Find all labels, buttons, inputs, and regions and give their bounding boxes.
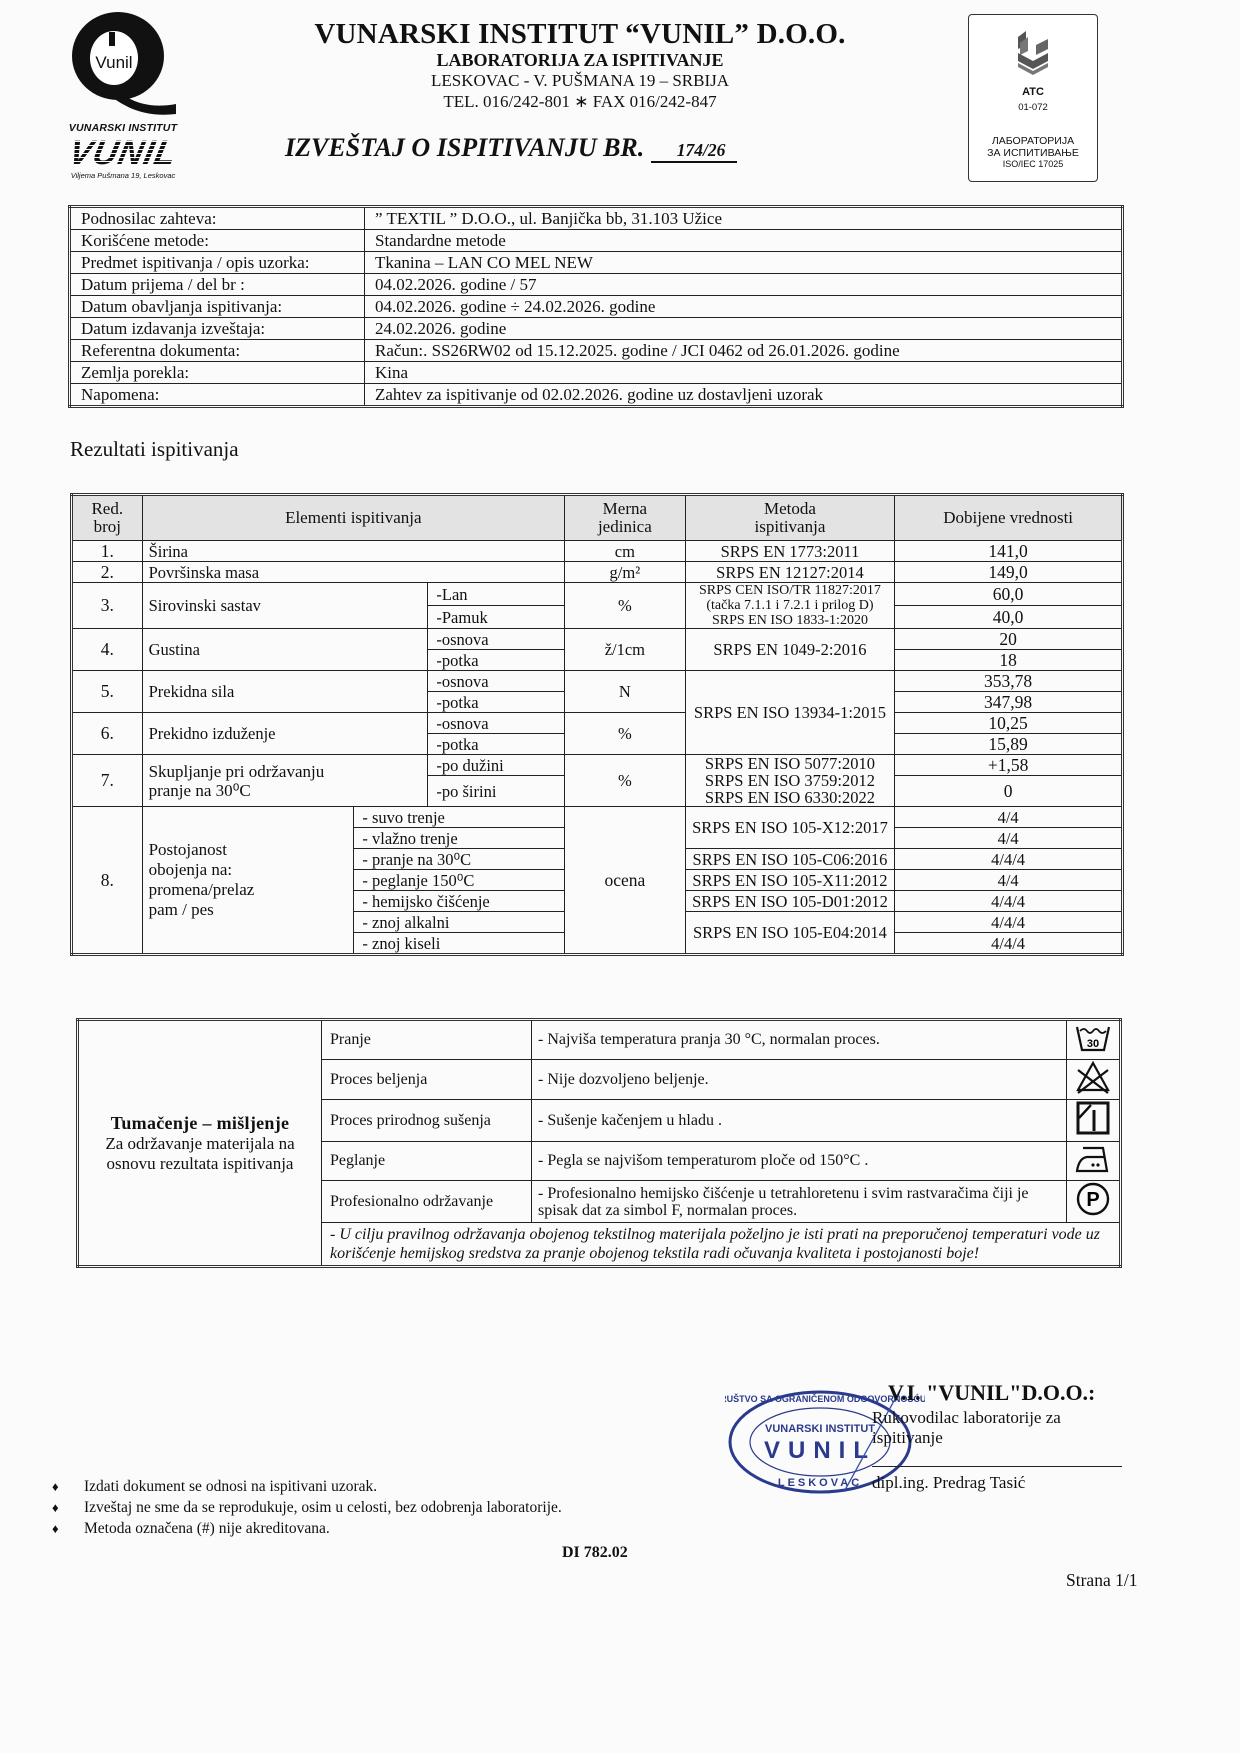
care-instructions-table: Tumačenje – mišljenje Za održavanje mate… (76, 1018, 1122, 1268)
col-header-value: Dobijene vrednosti (895, 495, 1123, 541)
sub-element: - pranje na 30⁰C (354, 849, 565, 870)
footer-note: Metoda označena (#) nije akreditovana. (52, 1518, 562, 1539)
interpretation-text: Za održavanje materijala na osnovu rezul… (105, 1134, 294, 1173)
value: +1,58 (895, 755, 1123, 776)
sub-element: - hemijsko čišćenje (354, 891, 565, 912)
dry-clean-p-icon: P (1067, 1181, 1121, 1223)
sub-element: - peglanje 150⁰C (354, 870, 565, 891)
table-row: 2. Površinska masa g/m² SRPS EN 12127:20… (72, 562, 1123, 583)
method: SRPS EN 1773:2011 (685, 541, 895, 562)
table-row: 3. Sirovinski sastav -Lan % SRPS CEN ISO… (72, 583, 1123, 606)
element-name: Gustina (142, 629, 428, 671)
method: SRPS CEN ISO/TR 11827:2017(tačka 7.1.1 i… (685, 583, 895, 629)
letterhead: VUNARSKI INSTITUT “VUNIL” D.O.O. LABORAT… (300, 18, 860, 112)
info-value: Zahtev za ispitivanje od 02.02.2026. god… (365, 384, 1123, 407)
value: 60,0 (895, 583, 1123, 606)
col-header-method: Metodaispitivanja (685, 495, 895, 541)
info-label: Napomena: (70, 384, 365, 407)
signatory-role: Rukovodilac laboratorije za ispitivanje (872, 1408, 1130, 1448)
signature-line (872, 1466, 1122, 1467)
value: 4/4 (895, 828, 1123, 849)
svg-text:Vunil: Vunil (95, 53, 132, 72)
value: 4/4/4 (895, 891, 1123, 912)
logo-caption: VUNARSKI INSTITUT (58, 122, 188, 134)
unit: ž/1cm (565, 629, 686, 671)
sub-element: - znoj kiseli (354, 933, 565, 955)
value: 18 (895, 650, 1123, 671)
info-value: 24.02.2026. godine (365, 318, 1123, 340)
footer-notes: Izdati dokument se odnosi na ispitivani … (52, 1476, 562, 1539)
sub-element: -po dužini (428, 755, 565, 776)
info-value: 04.02.2026. godine / 57 (365, 274, 1123, 296)
method: SRPS EN ISO 105-C06:2016 (685, 849, 895, 870)
unit: % (565, 713, 686, 755)
element-name: Površinska masa (142, 562, 564, 583)
value: 40,0 (895, 606, 1123, 629)
report-number: 174/26 (651, 140, 738, 163)
info-value: Standardne metode (365, 230, 1123, 252)
unit: g/m² (565, 562, 686, 583)
info-value: Kina (365, 362, 1123, 384)
info-label: Datum izdavanja izveštaja: (70, 318, 365, 340)
care-label: Profesionalno održavanje (322, 1181, 532, 1223)
element-name: Širina (142, 541, 564, 562)
care-label: Proces beljenja (322, 1060, 532, 1100)
accreditation-badge: ATC 01-072 ЛАБОРАТОРИЈА ЗА ИСПИТИВАЊЕ IS… (968, 14, 1098, 182)
method: SRPS EN 1049-2:2016 (685, 629, 895, 671)
page-number: Strana 1/1 (1066, 1570, 1137, 1591)
info-row: Datum izdavanja izveštaja:24.02.2026. go… (70, 318, 1123, 340)
col-header-no: Red.broj (72, 495, 143, 541)
info-value: Tkanina – LAN CO MEL NEW (365, 252, 1123, 274)
atc-logo-icon (1018, 31, 1048, 75)
sub-element: -Lan (428, 583, 565, 606)
footer-note: Izdati dokument se odnosi na ispitivani … (52, 1476, 562, 1497)
institute-contact: TEL. 016/242-801 ∗ FAX 016/242-847 (300, 91, 860, 112)
unit: % (565, 583, 686, 629)
unit: cm (565, 541, 686, 562)
info-label: Referentna dokumenta: (70, 340, 365, 362)
sub-element: - suvo trenje (354, 807, 565, 828)
unit: N (565, 671, 686, 713)
element-name: Postojanostobojenja na:promena/prelazpam… (142, 807, 354, 955)
value: 141,0 (895, 541, 1123, 562)
sub-element: -osnova (428, 713, 565, 734)
report-title: IZVEŠTAJ O ISPITIVANJU BR. 174/26 (285, 133, 865, 163)
sub-element: -osnova (428, 629, 565, 650)
care-note: - U cilju pravilnog održavanja obojenog … (322, 1223, 1121, 1267)
info-row: Zemlja porekla:Kina (70, 362, 1123, 384)
element-name: Sirovinski sastav (142, 583, 428, 629)
care-label: Proces prirodnog sušenja (322, 1100, 532, 1142)
logo-address: Viljema Pušmana 19, Leskovac (58, 171, 188, 180)
info-row: Predmet ispitivanja / opis uzorka:Tkanin… (70, 252, 1123, 274)
q-vunil-logo-icon: Vunil (64, 6, 182, 118)
table-row: 6. Prekidno izduženje -osnova % 10,25 (72, 713, 1123, 734)
results-section-title: Rezultati ispitivanja (70, 437, 239, 462)
wash-30-icon: 30 (1067, 1020, 1121, 1060)
value: 20 (895, 629, 1123, 650)
table-row: 5. Prekidna sila -osnova N SRPS EN ISO 1… (72, 671, 1123, 692)
value: 4/4 (895, 870, 1123, 891)
value: 4/4/4 (895, 849, 1123, 870)
table-row: 8. Postojanostobojenja na:promena/prelaz… (72, 807, 1123, 828)
sub-element: -osnova (428, 671, 565, 692)
method: SRPS EN ISO 105-E04:2014 (685, 912, 895, 955)
atc-lab-line1: ЛАБОРАТОРИЈА (969, 135, 1097, 147)
table-row: 7. Skupljanje pri održavanjupranje na 30… (72, 755, 1123, 776)
value: 347,98 (895, 692, 1123, 713)
info-value: Račun:. SS26RW02 od 15.12.2025. godine /… (365, 340, 1123, 362)
sub-element: -po širini (428, 776, 565, 807)
document-code: DI 782.02 (562, 1544, 628, 1562)
care-text: - Pegla se najvišom temperaturom ploče o… (532, 1142, 1067, 1181)
institute-address: LESKOVAC - V. PUŠMANA 19 – SRBIJA (300, 70, 860, 91)
test-results-table: Red.broj Elementi ispitivanja Mernajedin… (70, 493, 1124, 956)
sub-element: - vlažno trenje (354, 828, 565, 849)
info-value: 04.02.2026. godine ÷ 24.02.2026. godine (365, 296, 1123, 318)
info-value: ” TEXTIL ” D.O.O., ul. Banjička bb, 31.1… (365, 207, 1123, 230)
value: 10,25 (895, 713, 1123, 734)
svg-text:P: P (1086, 1189, 1099, 1211)
care-text: - Sušenje kačenjem u hladu . (532, 1100, 1067, 1142)
table-row: 4. Gustina -osnova ž/1cm SRPS EN 1049-2:… (72, 629, 1123, 650)
request-info-table: Podnosilac zahteva:” TEXTIL ” D.O.O., ul… (68, 205, 1124, 408)
col-header-element: Elementi ispitivanja (142, 495, 564, 541)
atc-lab-line2: ЗА ИСПИТИВАЊЕ (969, 147, 1097, 159)
method: SRPS EN ISO 5077:2010SRPS EN ISO 3759:20… (685, 755, 895, 807)
care-text: - Najviša temperatura pranja 30 °C, norm… (532, 1020, 1067, 1060)
col-header-unit: Mernajedinica (565, 495, 686, 541)
table-row: 1. Širina cm SRPS EN 1773:2011 141,0 (72, 541, 1123, 562)
laboratory-name: LABORATORIJA ZA ISPITIVANJE (300, 50, 860, 70)
atc-standard: ISO/IEC 17025 (969, 159, 1097, 170)
sub-element: -potka (428, 692, 565, 713)
method: SRPS EN ISO 105-D01:2012 (685, 891, 895, 912)
value: 0 (895, 776, 1123, 807)
svg-text:30: 30 (1087, 1038, 1099, 1050)
info-row: Korišćene metode:Standardne metode (70, 230, 1123, 252)
care-text: - Nije dozvoljeno beljenje. (532, 1060, 1067, 1100)
element-name: Prekidna sila (142, 671, 428, 713)
info-label: Datum obavljanja ispitivanja: (70, 296, 365, 318)
value: 15,89 (895, 734, 1123, 755)
care-label: Peglanje (322, 1142, 532, 1181)
info-row: Datum prijema / del br :04.02.2026. godi… (70, 274, 1123, 296)
care-text: - Profesionalno hemijsko čišćenje u tetr… (532, 1181, 1067, 1223)
method: SRPS EN 12127:2014 (685, 562, 895, 583)
signatory-name: dipl.ing. Predrag Tasić (872, 1473, 1130, 1493)
info-label: Predmet ispitivanja / opis uzorka: (70, 252, 365, 274)
atc-name: ATC (969, 86, 1097, 98)
info-row: Podnosilac zahteva:” TEXTIL ” D.O.O., ul… (70, 207, 1123, 230)
element-name: Skupljanje pri održavanjupranje na 30⁰C (142, 755, 428, 807)
care-label: Pranje (322, 1020, 532, 1060)
value: 4/4 (895, 807, 1123, 828)
method: SRPS EN ISO 105-X12:2017 (685, 807, 895, 849)
value: 353,78 (895, 671, 1123, 692)
sub-element: -potka (428, 734, 565, 755)
info-label: Podnosilac zahteva: (70, 207, 365, 230)
signatory-company: V.I. "VUNIL"D.O.O.: (888, 1380, 1130, 1406)
method: SRPS EN ISO 105-X11:2012 (685, 870, 895, 891)
interpretation-title: Tumačenje – mišljenje (111, 1113, 290, 1133)
institute-name: VUNARSKI INSTITUT “VUNIL” D.O.O. (300, 18, 860, 50)
info-row: Referentna dokumenta:Račun:. SS26RW02 od… (70, 340, 1123, 362)
info-label: Korišćene metode: (70, 230, 365, 252)
info-row: Napomena:Zahtev za ispitivanje od 02.02.… (70, 384, 1123, 407)
unit: ocena (565, 807, 686, 955)
method: SRPS EN ISO 13934-1:2015 (685, 671, 895, 755)
institute-logo: Vunil VUNARSKI INSTITUT VUNIL Viljema Pu… (58, 6, 188, 181)
value: 149,0 (895, 562, 1123, 583)
unit: % (565, 755, 686, 807)
info-label: Zemlja porekla: (70, 362, 365, 384)
sub-element: -Pamuk (428, 606, 565, 629)
iron-two-dots-icon (1067, 1142, 1121, 1181)
footer-note: Izveštaj ne sme da se reprodukuje, osim … (52, 1497, 562, 1518)
table-header-row: Red.broj Elementi ispitivanja Mernajedin… (72, 495, 1123, 541)
value: 4/4/4 (895, 912, 1123, 933)
report-title-text: IZVEŠTAJ O ISPITIVANJU BR. (285, 133, 644, 162)
atc-number: 01-072 (969, 102, 1097, 113)
signature-block: V.I. "VUNIL"D.O.O.: Rukovodilac laborato… (810, 1380, 1130, 1493)
info-label: Datum prijema / del br : (70, 274, 365, 296)
logo-wordmark: VUNIL (54, 134, 192, 173)
sub-element: - znoj alkalni (354, 912, 565, 933)
value: 4/4/4 (895, 933, 1123, 955)
line-dry-shade-icon (1067, 1100, 1121, 1142)
no-bleach-icon (1067, 1060, 1121, 1100)
sub-element: -potka (428, 650, 565, 671)
interpretation-cell: Tumačenje – mišljenje Za održavanje mate… (78, 1020, 322, 1267)
info-row: Datum obavljanja ispitivanja:04.02.2026.… (70, 296, 1123, 318)
element-name: Prekidno izduženje (142, 713, 428, 755)
